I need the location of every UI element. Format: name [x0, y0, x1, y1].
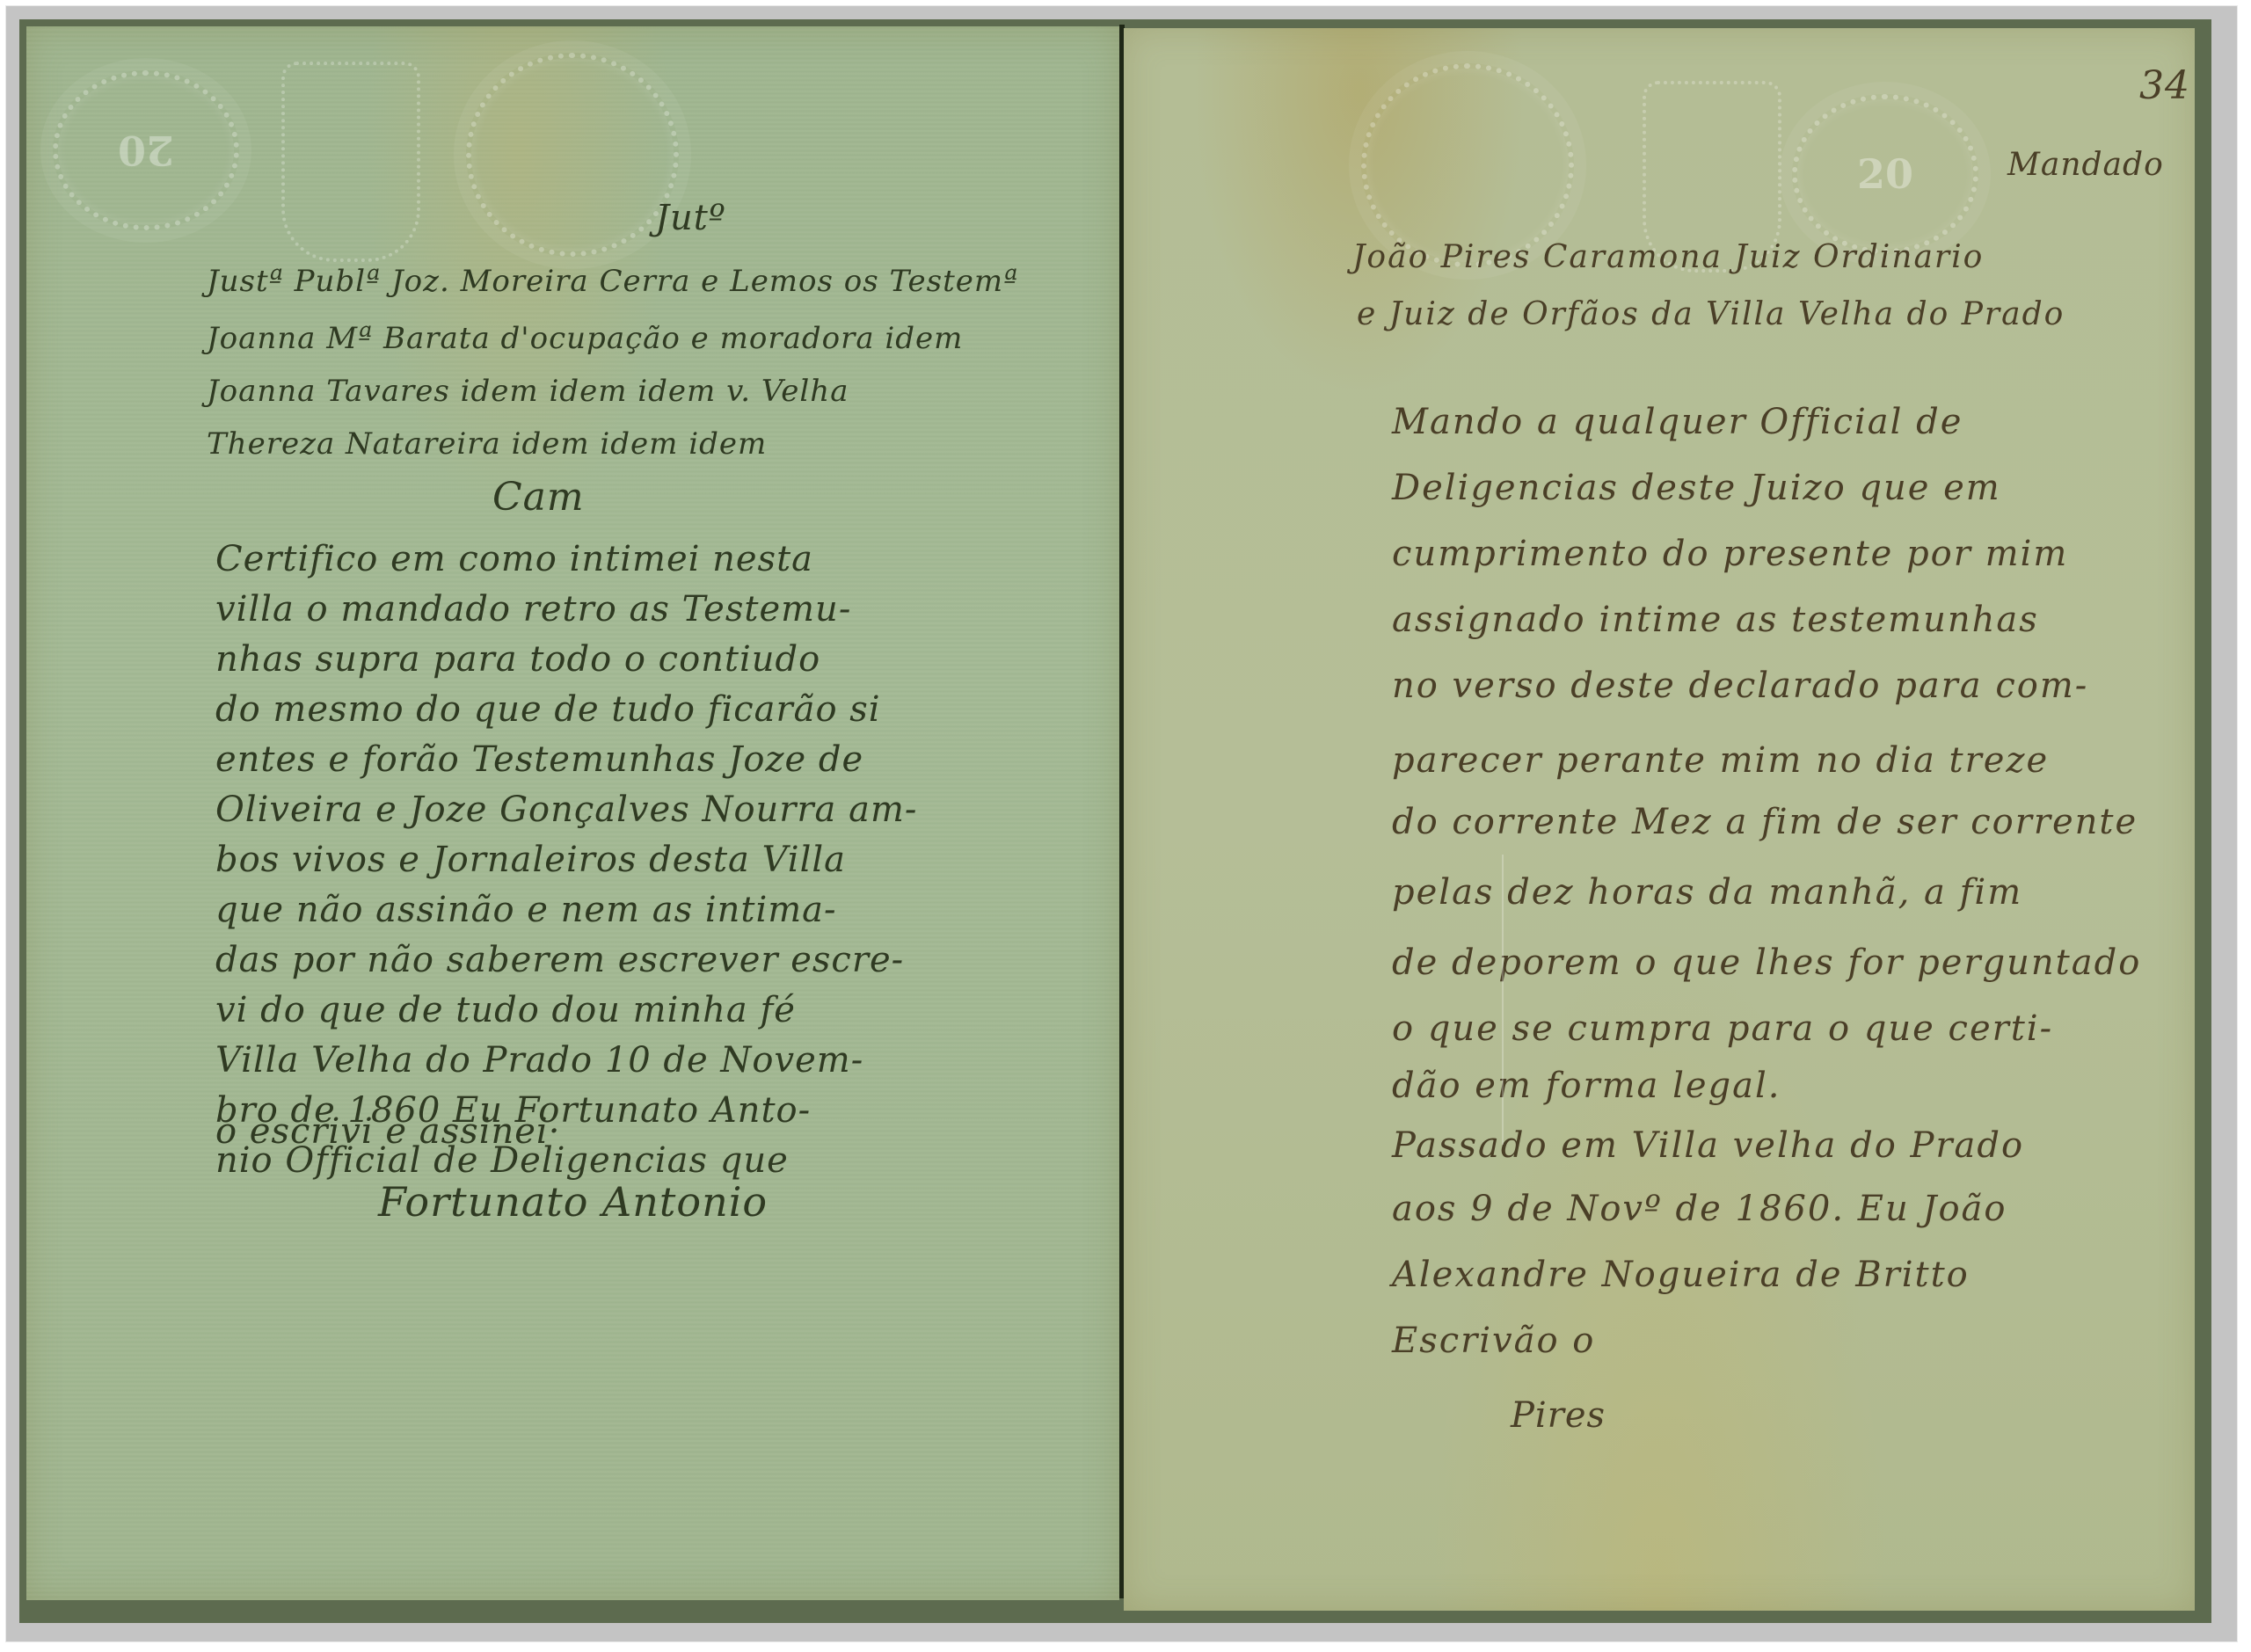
body-line: o que se cumpra para o que certi- [1392, 1008, 2053, 1049]
paper-crease [1502, 855, 1504, 1145]
certificate-line: das por não saberem escrever escre- [215, 940, 904, 980]
watermark-stamp-left [1361, 63, 1574, 267]
body-line: do corrente Mez a fim de ser corrente [1392, 802, 2138, 842]
body-line: dão em forma legal. [1392, 1066, 1781, 1106]
closing-line: Passado em Villa velha do Prado [1392, 1125, 2024, 1166]
watermark-value: 20 [1797, 150, 1973, 198]
certificate-line: nhas supra para todo o contiudo [215, 639, 820, 680]
certificate-line: o escrivi e assinei· [215, 1111, 560, 1152]
body-line: de deporem o que lhes for perguntado [1392, 942, 2141, 983]
party-line: Thereza Natareira idem idem idem [207, 426, 767, 462]
watermark-value: 20 [58, 127, 234, 174]
body-line: Mando a qualquer Official de [1392, 402, 1963, 442]
certificate-line: entes e forão Testemunhas Joze de [215, 739, 863, 780]
certificate-line: bos vivos e Jornaleiros desta Villa [215, 840, 846, 880]
signature: Fortunato Antonio [378, 1178, 768, 1226]
folio-number: 34 [2139, 63, 2190, 108]
body-line: assignado intime as testemunhas [1392, 600, 2039, 640]
document-header: Jutº [655, 198, 726, 238]
left-page: 20 Jutº Justª Publª Joz. Moreira Cerra e… [26, 26, 1119, 1600]
body-line: cumprimento do presente por mim [1392, 534, 2068, 574]
party-line: Joanna Tavares idem idem idem v. Velha [207, 374, 849, 409]
header-line: e Juiz de Orfãos da Villa Velha do Prado [1357, 296, 2065, 332]
party-line: Justª Publª Joz. Moreira Cerra e Lemos o… [207, 264, 1018, 299]
certificate-line: Oliveira e Joze Gonçalves Nourra am- [215, 790, 917, 830]
certificate-line: vi do que de tudo dou minha fé [215, 990, 796, 1030]
closing-line: aos 9 de Novº de 1860. Eu João [1392, 1189, 2007, 1229]
watermark-stamp-right: 20 [1792, 94, 1978, 254]
section-title: Cam [492, 475, 585, 520]
body-line: pelas dez horas da manhã, a fim [1392, 872, 2022, 913]
body-line: no verso deste declarado para com- [1392, 666, 2088, 706]
closing-line: Alexandre Nogueira de Britto [1392, 1255, 1970, 1295]
signature: Pires [1511, 1395, 1606, 1436]
closing-line: Escrivão o [1392, 1321, 1595, 1361]
watermark-stamp-right [466, 53, 679, 257]
certificate-line: Villa Velha do Prado 10 de Novem- [215, 1040, 863, 1081]
certificate-line: do mesmo do que de tudo ficarão si [215, 689, 881, 730]
watermark-crest-icon [281, 62, 420, 262]
watermark-stamp-left: 20 [53, 70, 239, 230]
header-line: João Pires Caramona Juiz Ordinario [1352, 239, 1984, 275]
body-line: parecer perante mim no dia treze [1392, 740, 2049, 781]
right-page: 20 34 Mandado João Pires Caramona Juiz O… [1124, 28, 2195, 1611]
margin-title: Mandado [2007, 147, 2164, 183]
certificate-line: Certifico em como intimei nesta [215, 539, 813, 579]
certificate-line: que não assinão e nem as intima- [215, 890, 837, 930]
certificate-line: villa o mandado retro as Testemu- [215, 589, 851, 630]
party-line: Joanna Mª Barata d'ocupação e moradora i… [207, 321, 963, 356]
body-line: Deligencias deste Juizo que em [1392, 468, 2001, 508]
